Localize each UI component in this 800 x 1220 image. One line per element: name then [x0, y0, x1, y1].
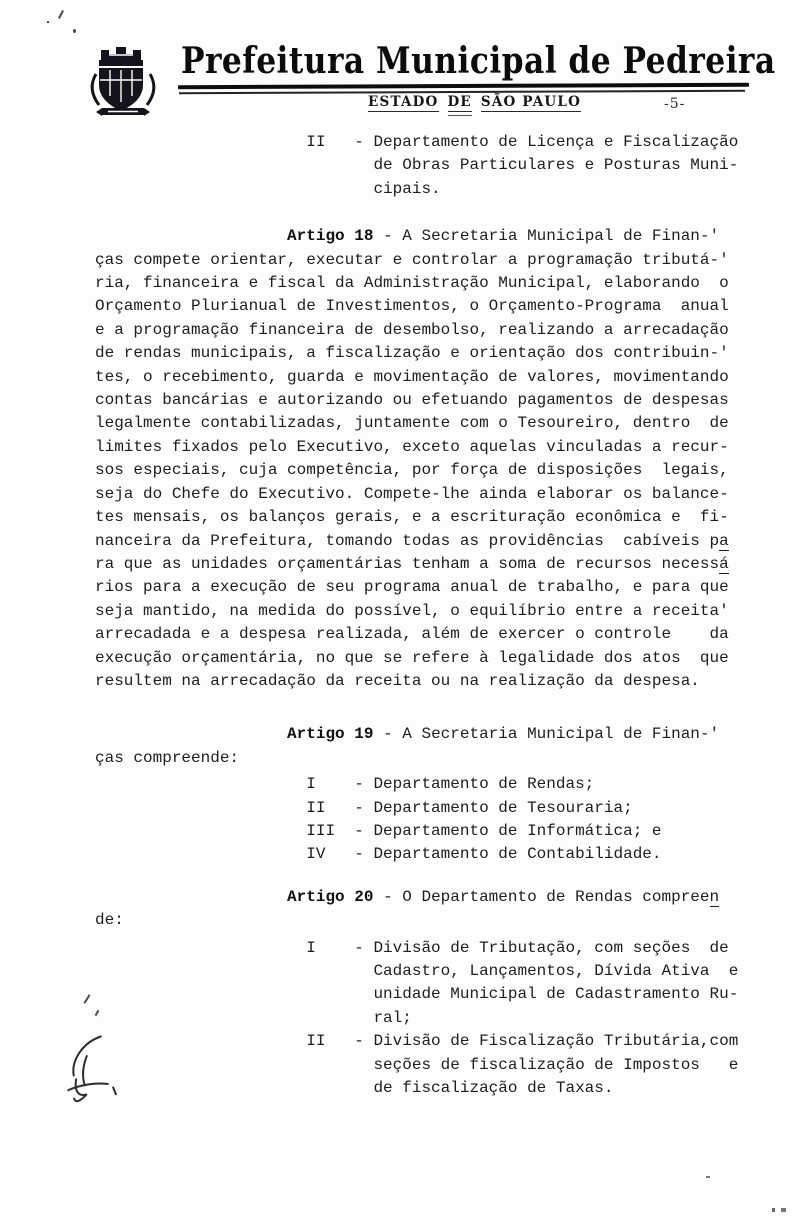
- typewritten-line: II - Departamento de Licença e Fiscaliza…: [95, 131, 785, 154]
- typewritten-line: ria, financeira e fiscal da Administraçã…: [95, 272, 785, 295]
- typewritten-line: de Obras Particulares e Posturas Muni-: [95, 154, 785, 177]
- typewritten-line: e a programação financeira de desembolso…: [95, 319, 785, 342]
- scan-speck: [781, 1208, 786, 1212]
- typewritten-line: execução orçamentária, no que se refere …: [95, 647, 785, 670]
- typewritten-line: Orçamento Plurianual de Investimentos, o…: [95, 295, 785, 318]
- typewritten-line: sos especiais, cuja competência, por for…: [95, 459, 785, 482]
- artigo-19-items: I - Departamento de Rendas; II - Departa…: [95, 773, 785, 867]
- scan-speck: [73, 29, 76, 33]
- artigo-18: Artigo 18 - A Secretaria Municipal de Fi…: [95, 225, 785, 693]
- typewritten-line: seja do Chefe do Executivo. Compete-lhe …: [95, 483, 785, 506]
- typewritten-line: de rendas municipais, a fiscalização e o…: [95, 342, 785, 365]
- subtitle-sao-paulo: SÃO PAULO: [481, 94, 581, 112]
- typewritten-line: ra que as unidades orçamentárias tenham …: [95, 553, 785, 576]
- letterhead-subtitle: ESTADODESÃO PAULO: [368, 94, 581, 110]
- handwritten-paraph: [52, 1025, 124, 1111]
- typewritten-line: tes mensais, os balanços gerais, e a esc…: [95, 506, 785, 529]
- typewritten-line: ças compete orientar, executar e control…: [95, 249, 785, 272]
- scan-speck: [58, 10, 64, 19]
- typewritten-line: tes, o recebimento, guarda e movimentaçã…: [95, 366, 785, 389]
- subtitle-estado: ESTADO: [368, 94, 439, 112]
- typewritten-line: limites fixados pelo Executivo, exceto a…: [95, 436, 785, 459]
- typewritten-line: arrecadada e a despesa realizada, além d…: [95, 623, 785, 646]
- typewritten-line: Cadastro, Lançamentos, Dívida Ativa e: [95, 960, 785, 983]
- typewritten-line: Artigo 18 - A Secretaria Municipal de Fi…: [95, 225, 785, 248]
- typewritten-line: seções de fiscalização de Impostos e: [95, 1054, 785, 1077]
- typewritten-line: II - Departamento de Tesouraria;: [95, 797, 785, 820]
- scan-speck: [772, 1208, 775, 1212]
- artigo-20-items: I - Divisão de Tributação, com seções de…: [95, 937, 785, 1101]
- typewritten-line: legalmente contabilizadas, juntamente co…: [95, 412, 785, 435]
- typewritten-body: II - Departamento de Licença e Fiscaliza…: [95, 131, 785, 1100]
- typewritten-line: Artigo 20 - O Departamento de Rendas com…: [95, 886, 785, 909]
- typewritten-line: contas bancárias e autorizando ou efetua…: [95, 389, 785, 412]
- typewritten-line: ças compreende:: [95, 747, 785, 770]
- coat-of-arms-icon: [84, 44, 162, 118]
- typewritten-line: I - Departamento de Rendas;: [95, 773, 785, 796]
- typewritten-line: ral;: [95, 1007, 785, 1030]
- scan-speck: [706, 1176, 710, 1178]
- scan-speck: [47, 21, 49, 23]
- typewritten-line: nanceira da Prefeitura, tomando todas as…: [95, 530, 785, 553]
- letterhead-title: Prefeitura Municipal de Pedreira: [181, 40, 776, 82]
- typewritten-line: seja mantido, na medida do possível, o e…: [95, 600, 785, 623]
- typewritten-line: rios para a execução de seu programa anu…: [95, 576, 785, 599]
- artigo-19: Artigo 19 - A Secretaria Municipal de Fi…: [95, 723, 785, 770]
- typewritten-line: unidade Municipal de Cadastramento Ru-: [95, 983, 785, 1006]
- scanned-document-page: Prefeitura Municipal de Pedreira ESTADOD…: [0, 0, 800, 1220]
- typewritten-line: II - Divisão de Fiscalização Tributária,…: [95, 1030, 785, 1053]
- scan-speck: [84, 994, 91, 1004]
- subtitle-de: DE: [448, 94, 472, 112]
- typewritten-line: cipais.: [95, 178, 785, 201]
- typewritten-line: IV - Departamento de Contabilidade.: [95, 843, 785, 866]
- typewritten-line: I - Divisão de Tributação, com seções de: [95, 937, 785, 960]
- typewritten-line: de fiscalização de Taxas.: [95, 1077, 785, 1100]
- item-ii-dept-licenca: II - Departamento de Licença e Fiscaliza…: [95, 131, 785, 201]
- page-number: -5-: [664, 96, 685, 112]
- artigo-20: Artigo 20 - O Departamento de Rendas com…: [95, 886, 785, 933]
- typewritten-line: Artigo 19 - A Secretaria Municipal de Fi…: [95, 723, 785, 746]
- typewritten-line: III - Departamento de Informática; e: [95, 820, 785, 843]
- typewritten-line: de:: [95, 909, 785, 932]
- letterhead-rule-thick: [178, 83, 749, 89]
- typewritten-line: resultem na arrecadação da receita ou na…: [95, 670, 785, 693]
